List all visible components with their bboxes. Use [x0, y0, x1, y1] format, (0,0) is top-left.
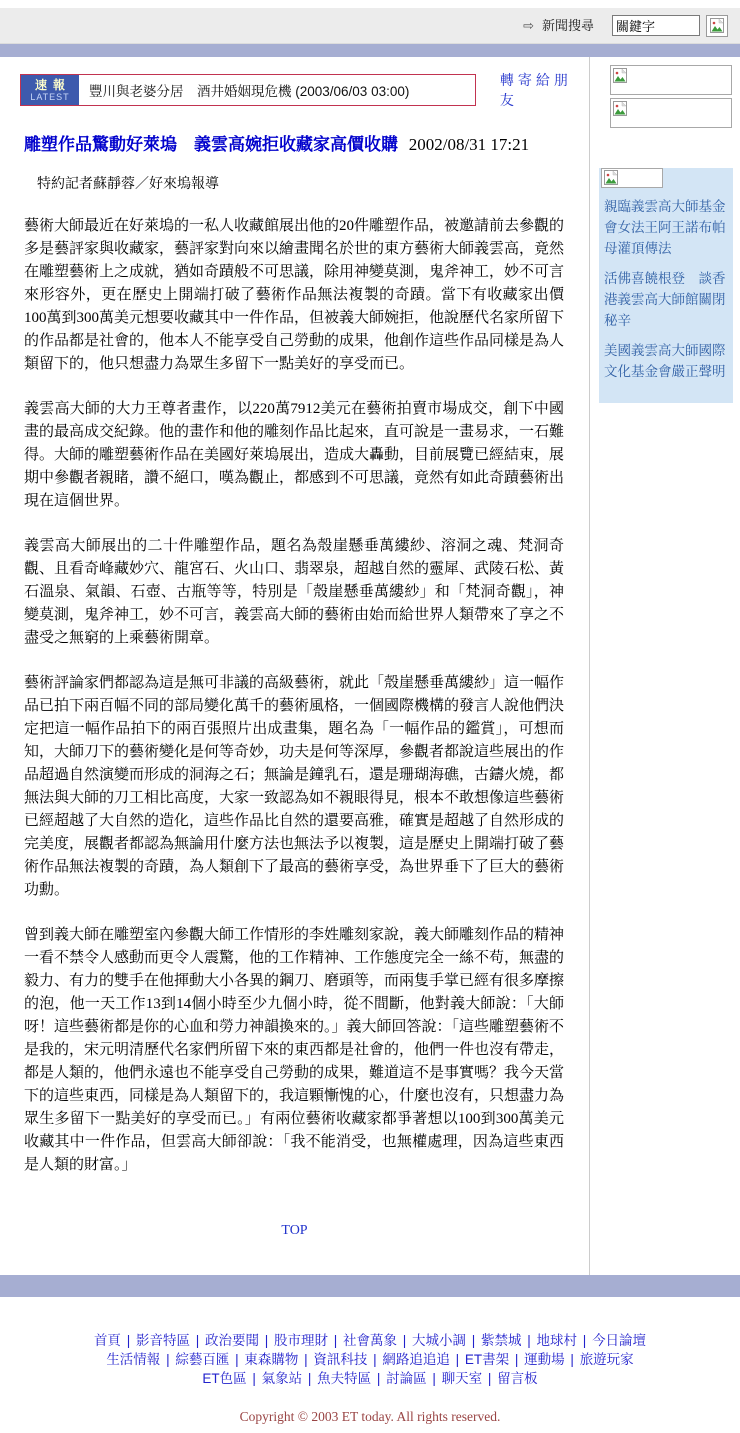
footer: 首頁 | 影音特區 | 政治要聞 | 股市理財 | 社會萬象 | 大城小調 | …: [0, 1297, 740, 1433]
ad-placeholder-1[interactable]: [610, 65, 732, 95]
footer-link[interactable]: 影音特區: [136, 1333, 190, 1348]
latest-news-ticker: 速報 LATEST 豐川與老婆分居 酒井婚姻現危機 (2003/06/03 03…: [20, 74, 476, 106]
article-paragraph: 義雲高大師展出的二十件雕塑作品，題名為殼崖懸垂萬縷紗、溶洞之魂、梵洞奇觀、且看奇…: [24, 535, 564, 650]
separator: |: [452, 1352, 463, 1367]
footer-link[interactable]: 氣象站: [262, 1371, 303, 1386]
separator: |: [304, 1371, 315, 1386]
separator: |: [231, 1352, 242, 1367]
footer-link[interactable]: 運動場: [524, 1352, 565, 1367]
separator: |: [330, 1333, 341, 1348]
sidebar-news-link[interactable]: 活佛喜饒根登 談香港義雲高大師館關閉秘辛: [604, 268, 729, 331]
footer-link[interactable]: 生活情報: [106, 1352, 160, 1367]
forward-to-friend-link[interactable]: 轉寄給朋友: [500, 70, 589, 110]
separator: |: [369, 1352, 380, 1367]
footer-link[interactable]: 綜藝百匯: [175, 1352, 229, 1367]
footer-link[interactable]: 東森購物: [244, 1352, 298, 1367]
footer-nav-row: 首頁 | 影音特區 | 政治要聞 | 股市理財 | 社會萬象 | 大城小調 | …: [0, 1331, 740, 1350]
separator: |: [192, 1333, 203, 1348]
footer-link[interactable]: 魚夫特區: [317, 1371, 371, 1386]
separator: |: [162, 1352, 173, 1367]
footer-link[interactable]: 資訊科技: [313, 1352, 367, 1367]
article-body: 藝術大師最近在好萊塢的一私人收藏館展出他的20件雕塑作品，被邀請前去參觀的多是藝…: [24, 215, 564, 1177]
separator: |: [579, 1333, 590, 1348]
news-search-label: 新聞搜尋: [542, 18, 606, 33]
accent-bar-bottom: [0, 1275, 740, 1297]
sidebar-news-link[interactable]: 親臨義雲高大師基金會女法王阿王諾布帕母灌頂傳法: [604, 196, 729, 259]
ticker-headline-link[interactable]: 豐川與老婆分居 酒井婚姻現危機 (2003/06/03 03:00): [89, 80, 409, 100]
article-title: 雕塑作品驚動好萊塢 義雲高婉拒收藏家高價收購: [24, 135, 398, 154]
article-byline: 特約記者蘇靜蓉／好來塢報導: [37, 173, 589, 193]
arrow-right-icon: ⇨: [523, 18, 534, 34]
footer-link[interactable]: 紫禁城: [481, 1333, 522, 1348]
article-timestamp: 2002/08/31 17:21: [409, 135, 529, 154]
sidebar: 親臨義雲高大師基金會女法王阿王諾布帕母灌頂傳法活佛喜饒根登 談香港義雲高大師館關…: [590, 57, 739, 1275]
panel-image-placeholder: [601, 168, 663, 188]
footer-link[interactable]: 社會萬象: [343, 1333, 397, 1348]
ad-placeholder-2[interactable]: [610, 98, 732, 128]
broken-image-icon: [710, 18, 724, 33]
sidebar-news-link[interactable]: 美國義雲高大師國際文化基金會嚴正聲明: [604, 340, 729, 382]
footer-nav: 首頁 | 影音特區 | 政治要聞 | 股市理財 | 社會萬象 | 大城小調 | …: [0, 1331, 740, 1388]
footer-link[interactable]: 旅遊玩家: [580, 1352, 634, 1367]
news-ticker-row: 速報 LATEST 豐川與老婆分居 酒井婚姻現危機 (2003/06/03 03…: [20, 70, 589, 110]
related-news-panel: 親臨義雲高大師基金會女法王阿王諾布帕母灌頂傳法活佛喜饒根登 談香港義雲高大師館關…: [599, 168, 733, 403]
footer-link[interactable]: 留言板: [497, 1371, 538, 1386]
footer-nav-row: 生活情報 | 綜藝百匯 | 東森購物 | 資訊科技 | 網路追追追 | ET書架…: [0, 1350, 740, 1369]
footer-link[interactable]: 政治要聞: [205, 1333, 259, 1348]
main-column: 速報 LATEST 豐川與老婆分居 酒井婚姻現危機 (2003/06/03 03…: [0, 57, 590, 1275]
search-input[interactable]: [612, 15, 700, 36]
article-headline: 雕塑作品驚動好萊塢 義雲高婉拒收藏家高價收購 2002/08/31 17:21: [24, 134, 567, 156]
footer-link[interactable]: 討論區: [386, 1371, 427, 1386]
footer-link[interactable]: ET書架: [465, 1352, 509, 1367]
footer-link[interactable]: 聊天室: [442, 1371, 483, 1386]
article-paragraph: 曾到義大師在雕塑室內參觀大師工作情形的李姓雕刻家說，義大師雕刻作品的精神一看不禁…: [24, 924, 564, 1177]
footer-link[interactable]: 首頁: [94, 1333, 121, 1348]
separator: |: [373, 1371, 384, 1386]
footer-link[interactable]: 地球村: [537, 1333, 578, 1348]
broken-image-icon: [613, 101, 627, 116]
separator: |: [484, 1371, 495, 1386]
latest-badge-en: LATEST: [30, 92, 69, 102]
sidebar-links: 親臨義雲高大師基金會女法王阿王諾布帕母灌頂傳法活佛喜饒根登 談香港義雲高大師館關…: [601, 188, 731, 382]
broken-image-icon: [613, 68, 627, 83]
copyright-notice: Copyright © 2003 ET today. All rights re…: [0, 1409, 740, 1433]
separator: |: [429, 1371, 440, 1386]
search-submit-button[interactable]: [706, 15, 728, 37]
back-to-top-link[interactable]: TOP: [281, 1223, 307, 1238]
article-paragraph: 藝術評論家們都認為這是無可非議的高級藝術，就此「殼崖懸垂萬縷紗」這一幅作品已拍下…: [24, 672, 564, 902]
top-link-wrap: TOP: [0, 1221, 589, 1239]
separator: |: [567, 1352, 578, 1367]
footer-link[interactable]: 股市理財: [274, 1333, 328, 1348]
top-strip: [0, 0, 740, 8]
content-area: 速報 LATEST 豐川與老婆分居 酒井婚姻現危機 (2003/06/03 03…: [0, 57, 740, 1275]
footer-link[interactable]: ET色區: [202, 1371, 246, 1386]
latest-badge-zh: 速報: [29, 79, 71, 92]
separator: |: [300, 1352, 311, 1367]
accent-bar-top: [0, 44, 740, 57]
separator: |: [524, 1333, 535, 1348]
separator: |: [261, 1333, 272, 1348]
separator: |: [249, 1371, 260, 1386]
separator: |: [468, 1333, 479, 1348]
footer-link[interactable]: 今日論壇: [592, 1333, 646, 1348]
footer-link[interactable]: 網路追追追: [382, 1352, 450, 1367]
latest-badge: 速報 LATEST: [21, 75, 79, 105]
separator: |: [511, 1352, 522, 1367]
footer-link[interactable]: 大城小調: [412, 1333, 466, 1348]
article-paragraph: 義雲高大師的大力王尊者畫作，以220萬7912美元在藝術拍賣市場成交，創下中國畫…: [24, 398, 564, 513]
article-paragraph: 藝術大師最近在好萊塢的一私人收藏館展出他的20件雕塑作品，被邀請前去參觀的多是藝…: [24, 215, 564, 376]
broken-image-icon: [604, 170, 618, 185]
separator: |: [399, 1333, 410, 1348]
footer-nav-row: ET色區 | 氣象站 | 魚夫特區 | 討論區 | 聊天室 | 留言板: [0, 1369, 740, 1388]
topbar: ⇨ 新聞搜尋: [0, 8, 740, 44]
separator: |: [123, 1333, 134, 1348]
